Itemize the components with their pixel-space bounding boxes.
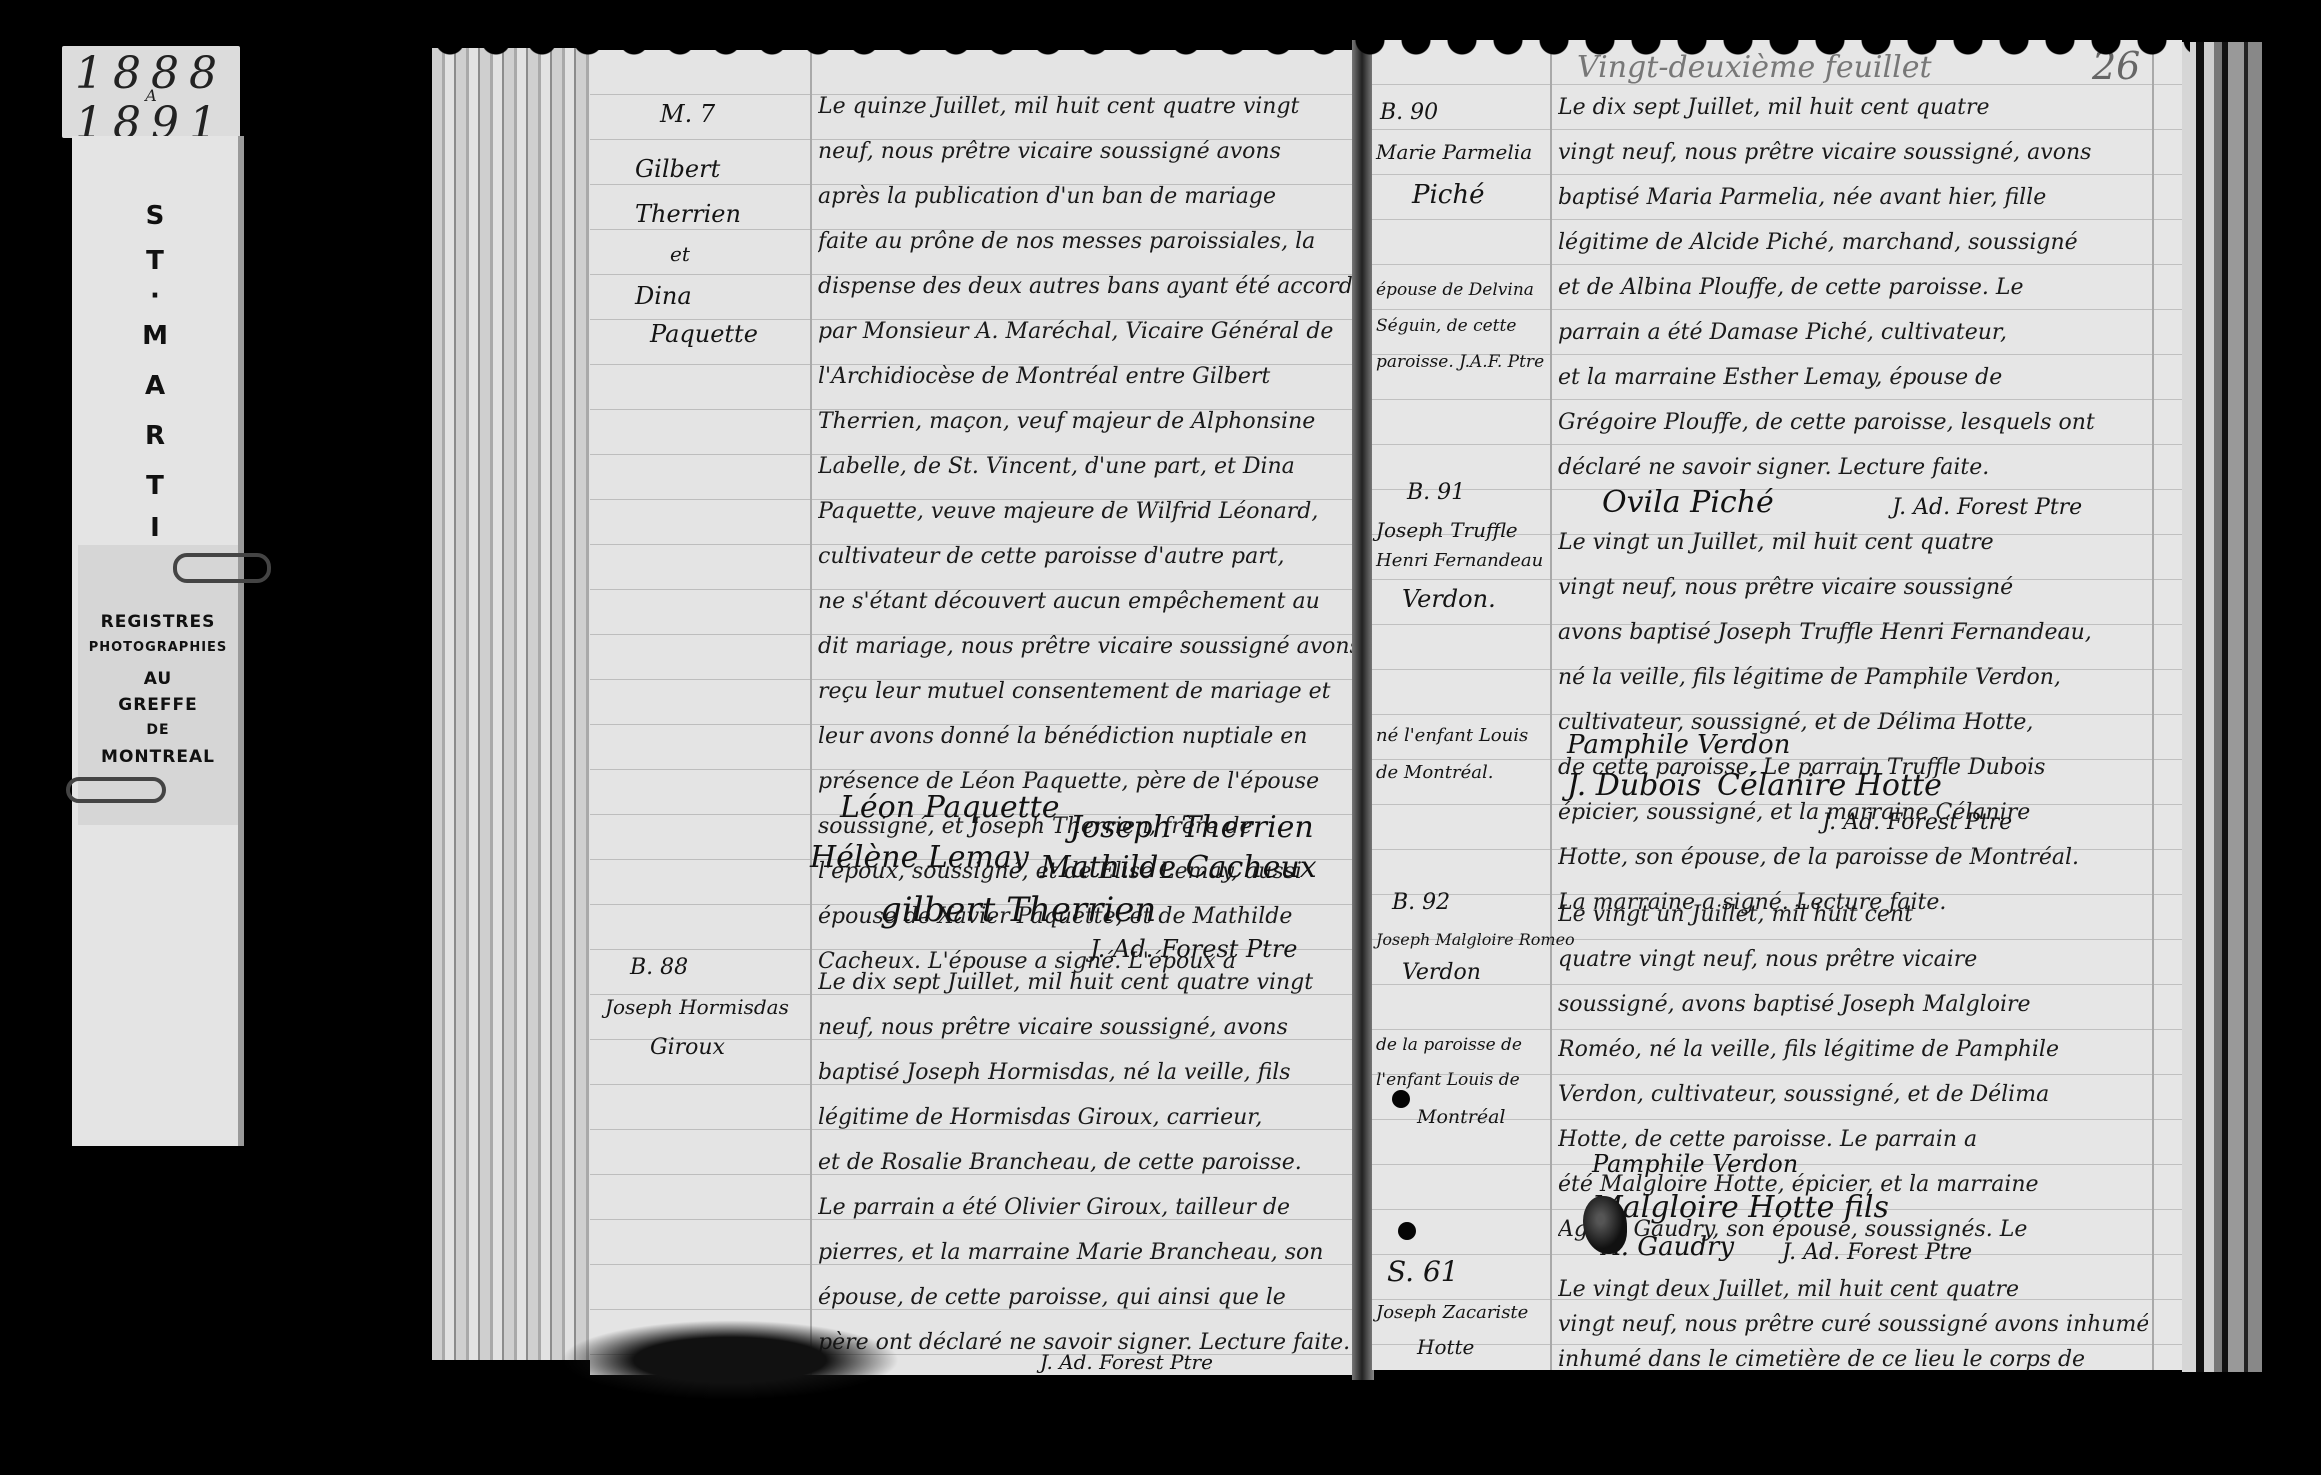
torn-top-edge	[430, 40, 2190, 64]
body-line: Le vingt un Juillet, mil huit cent quatr…	[1558, 530, 2148, 555]
body-line: parrain a été Damase Piché, cultivateur,	[1558, 320, 2148, 345]
margin-name: Joseph Hormisdas	[605, 995, 789, 1019]
punch-hole	[1392, 1090, 1410, 1108]
signature: J. Dubois	[1567, 768, 1701, 803]
margin-name: Dina	[635, 282, 692, 310]
stamp-line: PHOTOGRAPHIES	[78, 640, 238, 655]
body-line: Grégoire Plouffe, de cette paroisse, les…	[1558, 410, 2148, 435]
stamp-line: AU	[78, 669, 238, 689]
body-line: avons baptisé Joseph Truffle Henri Ferna…	[1558, 620, 2148, 645]
margin-note: de la paroisse de	[1376, 1035, 1522, 1055]
body-line: dit mariage, nous prêtre vicaire soussig…	[818, 634, 1353, 659]
margin-name: Therrien	[635, 200, 741, 228]
margin-name: Giroux	[650, 1035, 725, 1060]
margin-name: Paquette	[650, 320, 758, 348]
margin-note: épouse de Delvina	[1376, 280, 1534, 300]
body-line: Hotte, son épouse, de la paroisse de Mon…	[1558, 845, 2148, 870]
margin-name: Verdon.	[1402, 585, 1496, 613]
signature: Mathilde Cacheux	[1040, 850, 1317, 885]
book-page-edges-left	[432, 48, 592, 1360]
margin-name: Verdon	[1402, 960, 1481, 985]
body-line: neuf, nous prêtre vicaire soussigné avon…	[818, 139, 1353, 164]
margin-name: et	[670, 242, 690, 266]
year-range-tag: 1888 A 1891	[62, 46, 240, 138]
margin-note: né l'enfant Louis	[1376, 725, 1528, 746]
body-line: par Monsieur A. Maréchal, Vicaire Généra…	[818, 319, 1353, 344]
body-line: Le quinze Juillet, mil huit cent quatre …	[818, 94, 1353, 119]
margin-name: Hotte	[1417, 1335, 1474, 1359]
right-page: Vingt-deuxième feuillet 26 B. 90 Marie P…	[1372, 40, 2182, 1370]
body-line: déclaré ne savoir signer. Lecture faite.	[1558, 455, 2148, 480]
body-line: faite au prône de nos messes paroissiale…	[818, 229, 1353, 254]
body-line: Roméo, né la veille, fils légitime de Pa…	[1558, 1037, 2148, 1062]
body-line: baptisé Maria Parmelia, née avant hier, …	[1558, 185, 2148, 210]
margin-name: Joseph Zacariste	[1376, 1302, 1528, 1323]
margin-note: de Montréal.	[1376, 762, 1493, 783]
entry-number: M. 7	[660, 100, 715, 128]
signature: Pamphile Verdon	[1567, 730, 1790, 760]
signature: gilbert Therrien	[880, 890, 1156, 930]
body-line: pierres, et la marraine Marie Brancheau,…	[818, 1240, 1353, 1265]
body-line: Le parrain a été Olivier Giroux, tailleu…	[818, 1195, 1353, 1220]
body-line: et de Rosalie Brancheau, de cette parois…	[818, 1150, 1353, 1175]
body-line: né la veille, fils légitime de Pamphile …	[1558, 665, 2148, 690]
priest-signature: J. Ad. Forest Ptre	[1090, 935, 1298, 963]
body-line: vingt neuf, nous prêtre vicaire soussign…	[1558, 140, 2148, 165]
body-line: l'Archidiocèse de Montréal entre Gilbert	[818, 364, 1353, 389]
body-line: baptisé Joseph Hormisdas, né la veille, …	[818, 1060, 1353, 1085]
body-line: légitime de Alcide Piché, marchand, sous…	[1558, 230, 2148, 255]
margin-note: l'enfant Louis de	[1376, 1070, 1520, 1090]
body-line: Le dix sept Juillet, mil huit cent quatr…	[818, 970, 1353, 995]
signature: Ovila Piché	[1602, 485, 1774, 520]
body-line: Verdon, cultivateur, soussigné, et de Dé…	[1558, 1082, 2148, 1107]
body-line: après la publication d'un ban de mariage	[818, 184, 1353, 209]
binding-shadow	[560, 1320, 900, 1400]
body-line: cultivateur de cette paroisse d'autre pa…	[818, 544, 1353, 569]
stamp-line: MONTREAL	[78, 747, 238, 767]
margin-rule	[1550, 40, 1552, 1370]
margin-rule	[810, 50, 812, 1375]
entry-number: B. 90	[1380, 100, 1438, 125]
priest-signature: J. Ad. Forest Ptre	[1892, 495, 2082, 520]
margin-note: paroisse. J.A.F. Ptre	[1376, 352, 1544, 372]
margin-name: Joseph Truffle	[1376, 518, 1518, 542]
entry-number: B. 88	[630, 955, 688, 980]
body-line: dispense des deux autres bans ayant été …	[818, 274, 1353, 299]
signature: Joseph Therrien	[1070, 810, 1314, 845]
margin-note: Montréal	[1417, 1106, 1506, 1128]
paperclip-icon	[173, 553, 271, 583]
signature: Célanire Hotte	[1717, 768, 1942, 803]
stamp-line: DE	[78, 722, 238, 738]
entry-number: S. 61	[1387, 1255, 1459, 1288]
body-line: épouse, de cette paroisse, qui ainsi que…	[818, 1285, 1353, 1310]
body-line: soussigné, avons baptisé Joseph Malgloir…	[1558, 992, 2148, 1017]
body-line: ne s'étant découvert aucun empêchement a…	[818, 589, 1353, 614]
punch-hole	[1398, 1222, 1416, 1240]
left-page: M. 7 Gilbert Therrien et Dina Paquette L…	[590, 50, 1360, 1375]
signature: Pamphile Verdon	[1592, 1150, 1798, 1178]
priest-signature: J. Ad. Forest Ptre	[1822, 810, 2012, 835]
body-line: Hotte, de cette paroisse. Le parrain a	[1558, 1127, 2148, 1152]
body-line: Le vingt un Juillet, mil huit cent	[1558, 902, 2148, 927]
priest-signature: J. Ad. Forest Ptre	[1040, 1350, 1213, 1374]
book-page-edges-right	[2182, 42, 2262, 1372]
body-line: quatre vingt neuf, nous prêtre vicaire	[1558, 947, 2148, 972]
body-line: vingt neuf, nous prêtre curé soussigné a…	[1558, 1312, 2148, 1337]
body-line: Paquette, veuve majeure de Wilfrid Léona…	[818, 499, 1353, 524]
margin-name: Gilbert	[635, 155, 720, 183]
body-line: leur avons donné la bénédiction nuptiale…	[818, 724, 1353, 749]
signature: Malgloire Hotte fils	[1592, 1190, 1889, 1225]
signature: Léon Paquette	[840, 790, 1059, 825]
body-line: et de Albina Plouffe, de cette paroisse.…	[1558, 275, 2148, 300]
margin-name: Joseph Malgloire Romeo	[1376, 930, 1575, 949]
entry-number: B. 91	[1407, 480, 1465, 505]
body-line: Le vingt deux Juillet, mil huit cent qua…	[1558, 1277, 2148, 1302]
registry-stamp: REGISTRES PHOTOGRAPHIES AU GREFFE DE MON…	[78, 545, 238, 825]
priest-signature: J. Ad. Forest Ptre	[1782, 1240, 1972, 1265]
body-line: inhumé dans le cimetière de ce lieu le c…	[1558, 1347, 2148, 1372]
book-gutter	[1352, 40, 1374, 1380]
margin-name: Piché	[1412, 180, 1485, 210]
body-line: vingt neuf, nous prêtre vicaire soussign…	[1558, 575, 2148, 600]
body-line: reçu leur mutuel consentement de mariage…	[818, 679, 1353, 704]
paperclip-icon	[66, 777, 166, 803]
stamp-line: REGISTRES	[78, 612, 238, 632]
body-line: neuf, nous prêtre vicaire soussigné, avo…	[818, 1015, 1353, 1040]
entry-number: B. 92	[1392, 890, 1450, 915]
body-line: Therrien, maçon, veuf majeur de Alphonsi…	[818, 409, 1353, 434]
margin-name: Marie Parmelia	[1376, 140, 1532, 164]
signature: Hélène Lemay	[810, 840, 1029, 875]
body-line: légitime de Hormisdas Giroux, carrieur,	[818, 1105, 1353, 1130]
body-line: Labelle, de St. Vincent, d'une part, et …	[818, 454, 1353, 479]
margin-note: Séguin, de cette	[1376, 316, 1516, 336]
margin-name: Henri Fernandeau	[1376, 550, 1543, 571]
body-line: Le dix sept Juillet, mil huit cent quatr…	[1558, 95, 2148, 120]
body-line: et la marraine Esther Lemay, épouse de	[1558, 365, 2148, 390]
stamp-line: GREFFE	[78, 695, 238, 715]
margin-rule	[2152, 40, 2154, 1370]
